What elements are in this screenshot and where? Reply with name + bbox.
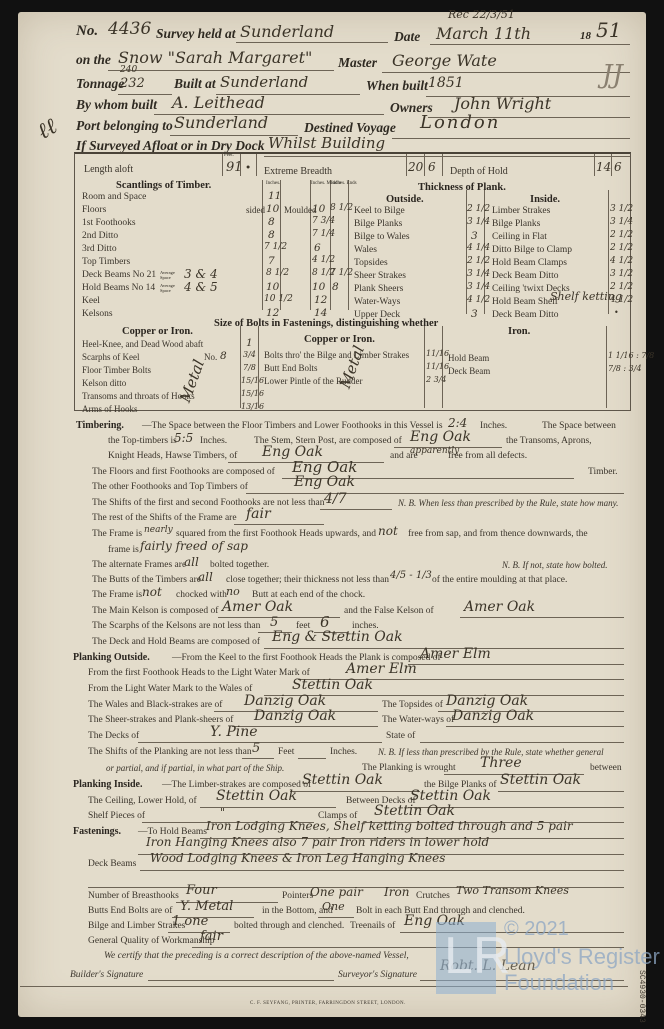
survey-held-value: Sunderland [240, 22, 334, 41]
breadth-inches: 6 [428, 160, 436, 174]
length-label: Length aloft [84, 164, 133, 175]
date-value: March 11th [436, 24, 531, 43]
watermark-org-line1: Lloyd's Register [504, 944, 660, 970]
by-whom-built-value: A. Leithead [172, 93, 265, 112]
port-label: Port belonging to [76, 118, 173, 134]
length-inches: • [245, 162, 251, 174]
scantlings-inches-label: Inches. [266, 181, 280, 186]
built-at-label: Built at [174, 76, 216, 92]
date-label: Date [394, 29, 420, 45]
inside-title: Inside. [530, 194, 560, 205]
timbering-heading: Timbering. [76, 420, 124, 431]
voyage-value: London [420, 112, 500, 133]
port-value: Sunderland [174, 113, 268, 132]
printer-imprint: C. F. SEYFANG, PRINTER, FARRINGDON STREE… [250, 1001, 406, 1006]
breadth-feet: 20 [408, 160, 423, 174]
archive-reference: SC4930-0343 [637, 970, 646, 1023]
tonnage-correction: 240 [120, 65, 137, 75]
tonnage-value: 232 [120, 76, 145, 91]
survey-number: 4436 [108, 19, 151, 39]
bolts-col1-title: Copper or Iron. [122, 326, 193, 337]
bolts-col3-title: Iron. [508, 326, 530, 337]
ends-label: Inches. Ends [331, 181, 357, 186]
survey-held-label: Survey held at [156, 26, 236, 42]
when-built-label: When built [366, 78, 428, 94]
builder-signature-label: Builder's Signature [70, 970, 143, 980]
shelf-note: Shelf ketting [550, 290, 622, 303]
lr-logo-icon: LR [436, 922, 496, 994]
by-whom-built-label: By whom built [76, 97, 157, 113]
planking-inside-heading: Planking Inside. [73, 779, 142, 790]
owners-value: John Wright [454, 94, 551, 113]
depth-label: Depth of Hold [450, 166, 508, 177]
built-at-value: Sunderland [220, 73, 308, 91]
watermark-copyright: © 2021 [504, 918, 569, 941]
year-prefix: 18 [580, 30, 591, 42]
length-feet-label: Feet. [224, 153, 234, 158]
tonnage-label: Tonnage [76, 76, 124, 92]
certification-text: We certify that the preceding is a corre… [104, 951, 409, 961]
length-feet: 91 [226, 160, 243, 175]
master-value: George Wate [392, 51, 497, 70]
plank-title: Thickness of Plank. [418, 182, 506, 193]
date-received-note: Rec 22/3/51 [448, 8, 515, 21]
surveyor-signature-label: Surveyor's Signature [338, 970, 417, 980]
afloat-value: Whilst Building [268, 134, 385, 152]
when-built-value: 1851 [428, 75, 464, 91]
outside-title: Outside. [386, 194, 424, 205]
watermark-org-line2: Foundation [504, 970, 614, 996]
planking-outside-heading: Planking Outside. [73, 652, 150, 663]
depth-feet: 14 [596, 160, 611, 174]
right-margin-mark: JJ [602, 60, 623, 90]
bolts-title: Size of Bolts in Fastenings, distinguish… [214, 318, 438, 329]
depth-inches: 6 [614, 160, 622, 174]
scantlings-title: Scantlings of Timber. [116, 180, 211, 191]
bolts-col2-title: Copper or Iron. [304, 334, 375, 345]
year-value: 51 [596, 18, 621, 42]
on-the-label: on the [76, 52, 111, 68]
breadth-label: Extreme Breadth [264, 166, 332, 177]
fastenings-heading: Fastenings. [73, 826, 121, 837]
master-label: Master [338, 55, 377, 71]
vessel-name: Snow "Sarah Margaret" [118, 48, 312, 67]
no-label: No. [76, 23, 98, 40]
